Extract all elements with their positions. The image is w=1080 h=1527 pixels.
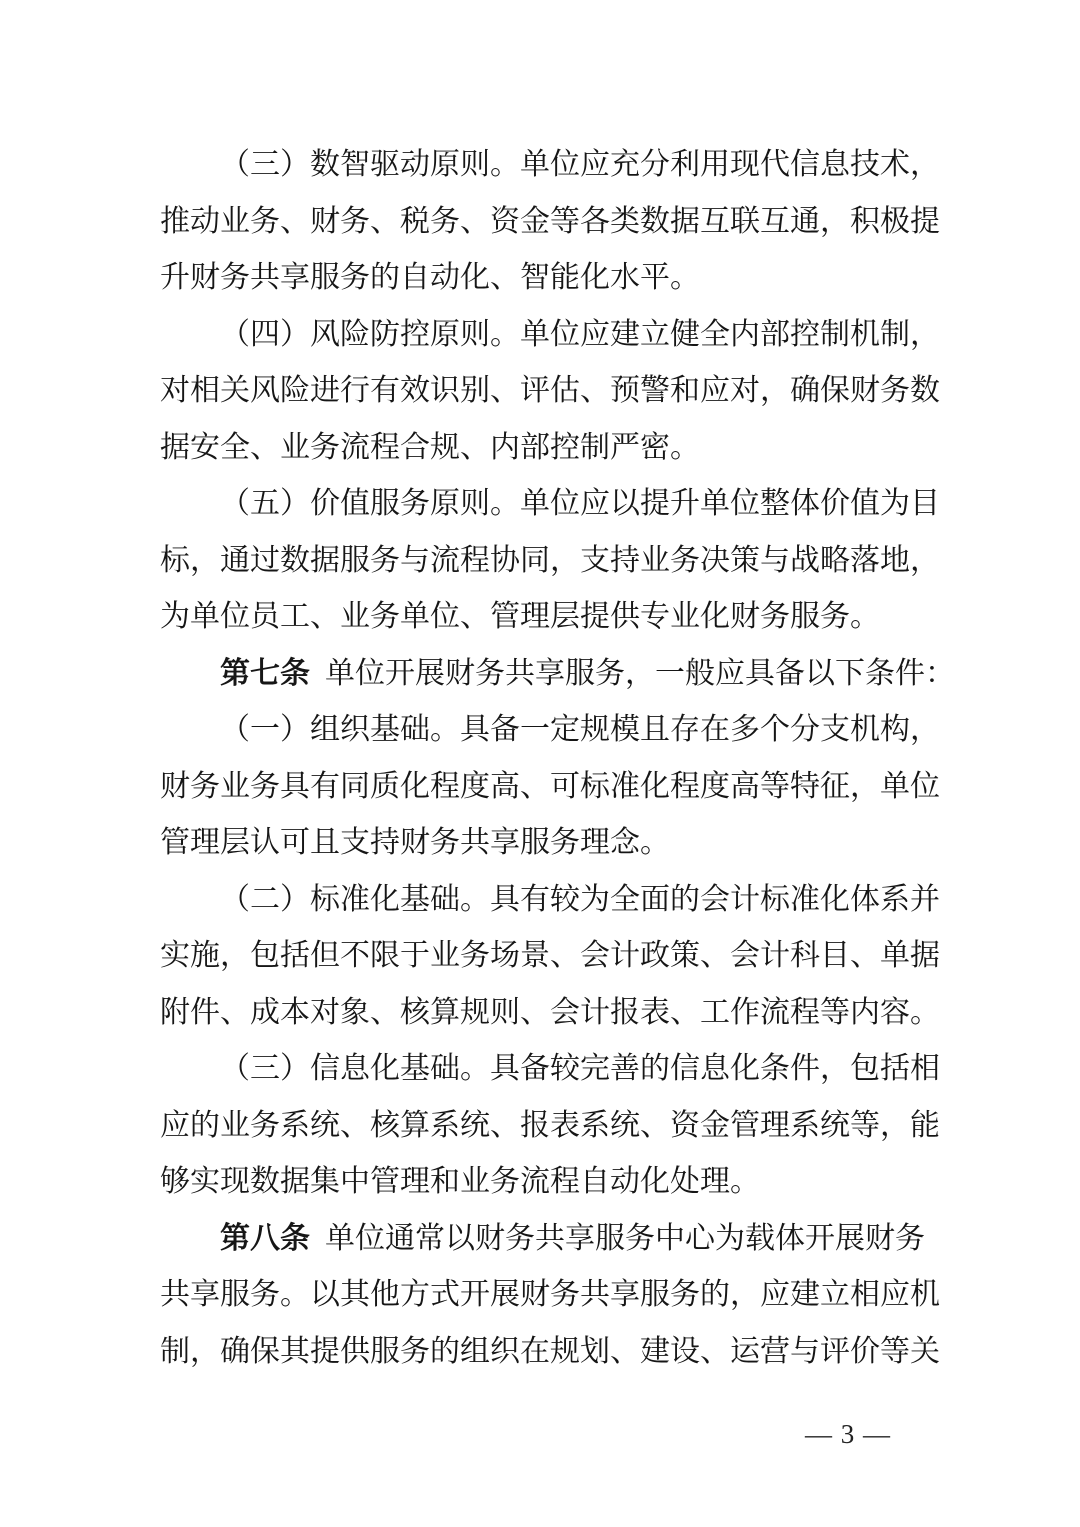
document-line: （三）信息化基础。具备较完善的信息化条件，包括相: [160, 1041, 920, 1098]
document-line: 对相关风险进行有效识别、评估、预警和应对，确保财务数: [160, 363, 920, 420]
document-line: 第七条单位开展财务共享服务，一般应具备以下条件：: [160, 646, 920, 703]
document-line: 够实现数据集中管理和业务流程自动化处理。: [160, 1154, 920, 1211]
document-line: 制，确保其提供服务的组织在规划、建设、运营与评价等关: [160, 1324, 920, 1381]
paragraph-principle-5: （五）价值服务原则。单位应以提升单位整体价值为目 标，通过数据服务与流程协同，支…: [160, 476, 920, 646]
document-line: （四）风险防控原则。单位应建立健全内部控制机制，: [160, 307, 920, 364]
document-line: 据安全、业务流程合规、内部控制严密。: [160, 420, 920, 477]
document-line: （二）标准化基础。具有较为全面的会计标准化体系并: [160, 872, 920, 929]
paragraph-condition-1: （一）组织基础。具备一定规模且存在多个分支机构， 财务业务具有同质化程度高、可标…: [160, 702, 920, 872]
document-line: 管理层认可且支持财务共享服务理念。: [160, 815, 920, 872]
document-line: 标，通过数据服务与流程协同，支持业务决策与战略落地，: [160, 533, 920, 590]
document-line: 推动业务、财务、税务、资金等各类数据互联互通，积极提: [160, 194, 920, 251]
paragraph-principle-3: （三）数智驱动原则。单位应充分利用现代信息技术， 推动业务、财务、税务、资金等各…: [160, 137, 920, 307]
document-line: 升财务共享服务的自动化、智能化水平。: [160, 250, 920, 307]
document-body: （三）数智驱动原则。单位应充分利用现代信息技术， 推动业务、财务、税务、资金等各…: [160, 137, 920, 1380]
paragraph-article-7: 第七条单位开展财务共享服务，一般应具备以下条件：: [160, 646, 920, 703]
document-line: （三）数智驱动原则。单位应充分利用现代信息技术，: [160, 137, 920, 194]
paragraph-condition-2: （二）标准化基础。具有较为全面的会计标准化体系并 实施，包括但不限于业务场景、会…: [160, 872, 920, 1042]
document-page: （三）数智驱动原则。单位应充分利用现代信息技术， 推动业务、财务、税务、资金等各…: [0, 0, 1080, 1527]
document-line: 为单位员工、业务单位、管理层提供专业化财务服务。: [160, 589, 920, 646]
paragraph-principle-4: （四）风险防控原则。单位应建立健全内部控制机制， 对相关风险进行有效识别、评估、…: [160, 307, 920, 477]
document-line: 财务业务具有同质化程度高、可标准化程度高等特征，单位: [160, 759, 920, 816]
paragraph-condition-3: （三）信息化基础。具备较完善的信息化条件，包括相 应的业务系统、核算系统、报表系…: [160, 1041, 920, 1211]
line-text: 单位通常以财务共享服务中心为载体开展财务: [325, 1222, 925, 1255]
paragraph-article-8: 第八条单位通常以财务共享服务中心为载体开展财务 共享服务。以其他方式开展财务共享…: [160, 1211, 920, 1381]
page-number: — 3 —: [798, 1415, 898, 1453]
document-line: 应的业务系统、核算系统、报表系统、资金管理系统等，能: [160, 1098, 920, 1155]
document-line: （五）价值服务原则。单位应以提升单位整体价值为目: [160, 476, 920, 533]
document-line: 共享服务。以其他方式开展财务共享服务的，应建立相应机: [160, 1267, 920, 1324]
article-number: 第七条: [220, 657, 310, 690]
article-number: 第八条: [220, 1222, 310, 1255]
document-line: （一）组织基础。具备一定规模且存在多个分支机构，: [160, 702, 920, 759]
document-line: 第八条单位通常以财务共享服务中心为载体开展财务: [160, 1211, 920, 1268]
document-line: 实施，包括但不限于业务场景、会计政策、会计科目、单据: [160, 928, 920, 985]
document-line: 附件、成本对象、核算规则、会计报表、工作流程等内容。: [160, 985, 920, 1042]
line-text: 单位开展财务共享服务，一般应具备以下条件：: [325, 657, 955, 690]
